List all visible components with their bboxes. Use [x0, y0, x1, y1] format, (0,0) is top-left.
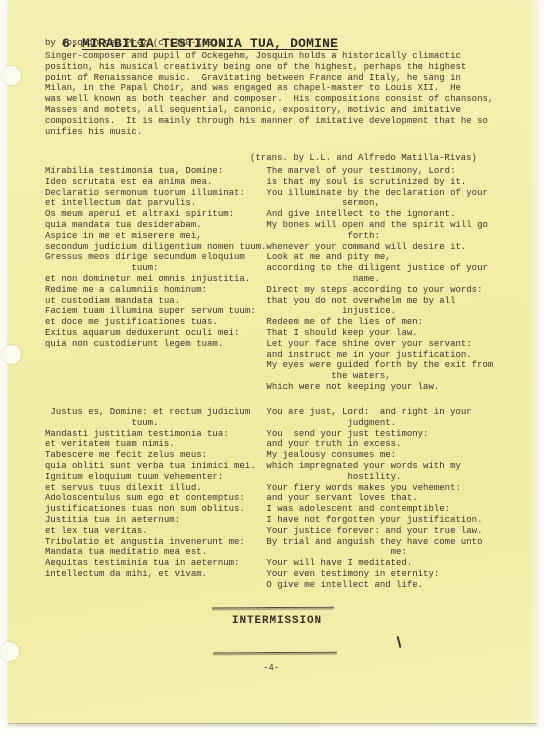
- translation-credit: (trans. by L.L. and Alfredo Matilla-Riva…: [250, 153, 477, 164]
- program-note-paragraph: Singer-composer and pupil of Ockegehm, J…: [45, 51, 493, 137]
- document-page: 6.MIRABILIA TESTIMONIA TUA, DOMINE by Jo…: [8, 0, 537, 724]
- punch-hole-icon: [0, 642, 19, 661]
- divider-line-top: [212, 607, 334, 611]
- stray-pen-mark: [397, 636, 401, 648]
- punch-hole-icon: [2, 345, 21, 364]
- stanza-1-latin-english-text: Mirabilia testimonia tua, Domine: The ma…: [45, 166, 493, 393]
- intermission-label: INTERMISSION: [232, 615, 322, 627]
- stanza-2-latin-english-text: Justus es, Domine: et rectum judicium Yo…: [45, 407, 482, 591]
- divider-line-bottom: [213, 652, 337, 656]
- punch-hole-icon: [2, 66, 21, 85]
- page-number: -4-: [263, 663, 279, 674]
- composer-byline: by Josquin des Prez (c.1450-1521): [45, 38, 223, 49]
